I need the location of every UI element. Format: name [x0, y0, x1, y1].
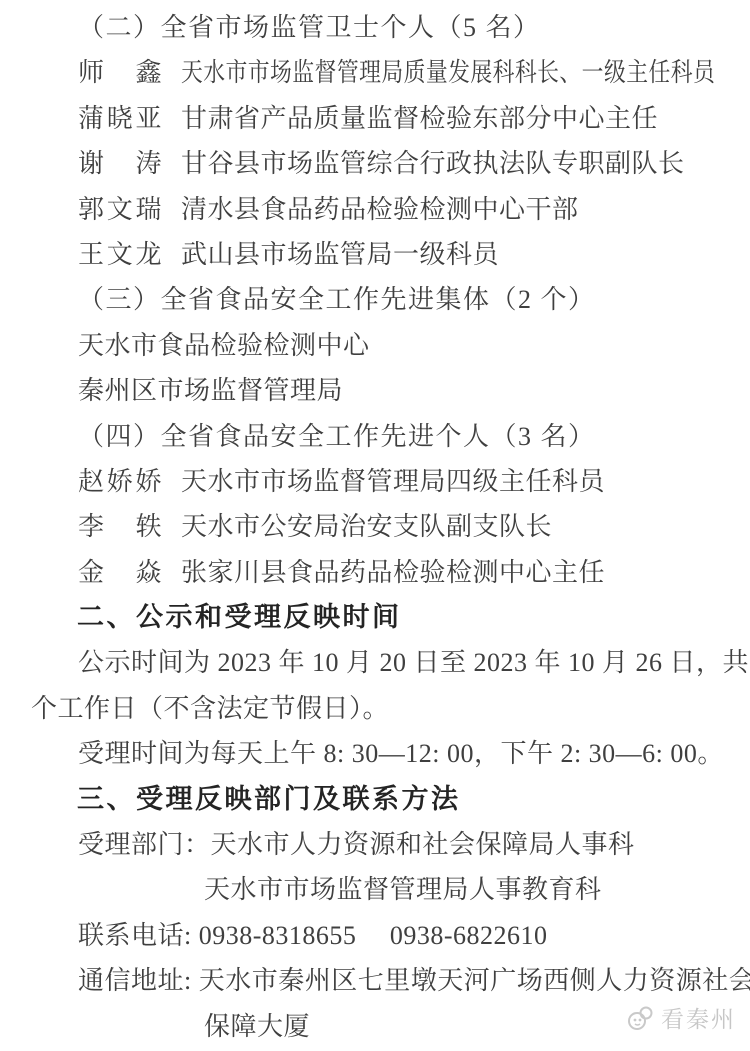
- section-heading: （三）全省食品安全工作先进集体（2 个）: [0, 277, 750, 322]
- doc-line: 联系电话: 0938-8318655 0938-6822610: [0, 913, 750, 958]
- awardee-title: 武山县市场监管局一级科员: [181, 232, 499, 277]
- awardee-title: 甘肃省产品质量监督检验东部分中心主任: [181, 96, 658, 141]
- doc-line: 天水市食品检验检测中心: [0, 323, 750, 368]
- awardee-name: 谢 涛: [78, 141, 162, 186]
- doc-line: 个工作日（不含法定节假日）。: [0, 686, 750, 731]
- award-entry-line: 蒲晓亚甘肃省产品质量监督检验东部分中心主任: [0, 96, 750, 141]
- document-body: （二）全省市场监管卫士个人（5 名）师 鑫天水市市场监督管理局质量发展科科长、一…: [0, 0, 750, 1049]
- watermark: 看秦州: [626, 1001, 736, 1034]
- awardee-name: 李 轶: [78, 504, 162, 549]
- awardee-title: 甘谷县市场监管综合行政执法队专职副队长: [181, 141, 685, 186]
- award-entry-line: 郭文瑞清水县食品药品检验检测中心干部: [0, 187, 750, 232]
- watermark-text: 看秦州: [661, 1001, 736, 1034]
- award-entry-line: 金 焱张家川县食品药品检验检测中心主任: [0, 550, 750, 595]
- awardee-title: 天水市市场监督管理局质量发展科科长、一级主任科员: [181, 50, 715, 95]
- award-entry-line: 赵娇娇天水市市场监督管理局四级主任科员: [0, 459, 750, 504]
- section-heading: （二）全省市场监管卫士个人（5 名）: [0, 5, 750, 50]
- awardee-title: 清水县食品药品检验检测中心干部: [181, 187, 579, 232]
- numbered-heading: 二、公示和受理反映时间: [0, 595, 750, 640]
- award-entry-line: 师 鑫天水市市场监督管理局质量发展科科长、一级主任科员: [0, 50, 750, 95]
- doc-line: 受理时间为每天上午 8: 30—12: 00，下午 2: 30—6: 00。: [0, 731, 750, 776]
- doc-line: 天水市市场监督管理局人事教育科: [0, 867, 750, 912]
- doc-line: 通信地址: 天水市秦州区七里墩天河广场西侧人力资源社会: [0, 958, 750, 1003]
- doc-line: 公示时间为 2023 年 10 月 20 日至 2023 年 10 月 26 日…: [0, 640, 750, 685]
- awardee-name: 金 焱: [78, 550, 162, 595]
- section-heading: （四）全省食品安全工作先进个人（3 名）: [0, 414, 750, 459]
- numbered-heading: 三、受理反映部门及联系方法: [0, 777, 750, 822]
- awardee-name: 王文龙: [78, 232, 162, 277]
- camera-face-logo-icon: [626, 1004, 656, 1032]
- awardee-title: 天水市公安局治安支队副支队长: [181, 504, 552, 549]
- awardee-title: 天水市市场监督管理局四级主任科员: [181, 459, 605, 504]
- awardee-name: 郭文瑞: [78, 187, 162, 232]
- awardee-name: 赵娇娇: [78, 459, 162, 504]
- doc-line: 受理部门：天水市人力资源和社会保障局人事科: [0, 822, 750, 867]
- award-entry-line: 李 轶天水市公安局治安支队副支队长: [0, 504, 750, 549]
- doc-line: 秦州区市场监督管理局: [0, 368, 750, 413]
- awardee-title: 张家川县食品药品检验检测中心主任: [181, 550, 605, 595]
- award-entry-line: 谢 涛甘谷县市场监管综合行政执法队专职副队长: [0, 141, 750, 186]
- awardee-name: 师 鑫: [78, 50, 162, 95]
- awardee-name: 蒲晓亚: [78, 96, 162, 141]
- award-entry-line: 王文龙武山县市场监管局一级科员: [0, 232, 750, 277]
